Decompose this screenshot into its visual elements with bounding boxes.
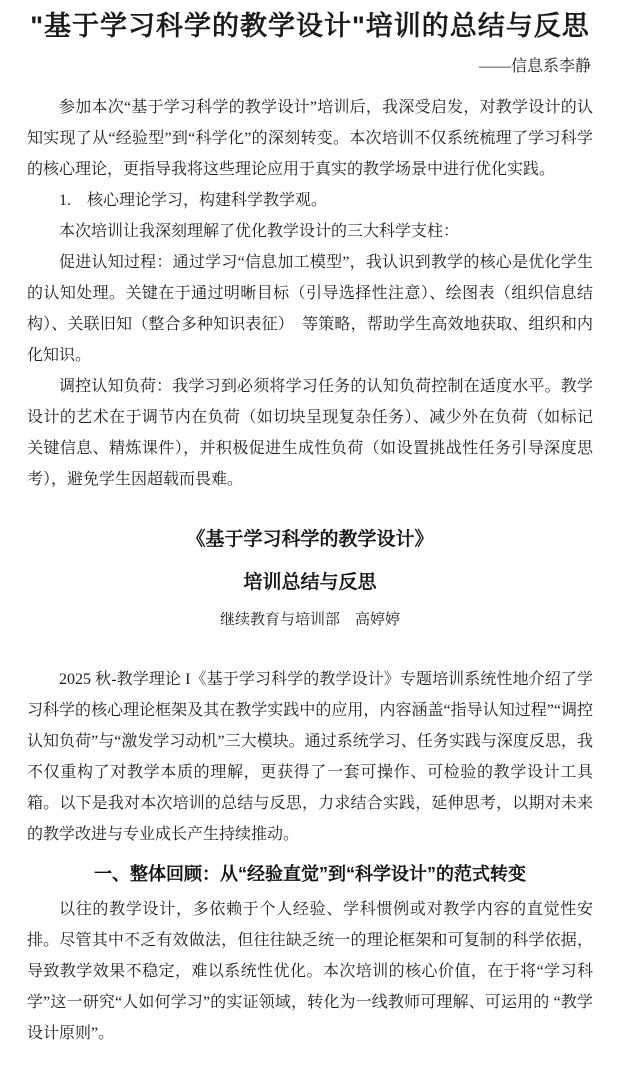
document-page: "基于学习科学的教学设计"培训的总结与反思 ——信息系李静 参加本次“基于学习科… xyxy=(0,0,619,1079)
document-part1: 参加本次“基于学习科学的教学设计”培训后，我深受启发，对教学设计的认知实现了从“… xyxy=(27,92,593,495)
section1-heading: 一、整体回顾：从“经验直觉”到“科学设计”的范式转变 xyxy=(27,859,593,889)
document-part2: 《基于学习科学的教学设计》 培训总结与反思 继续教育与培训部 高婷婷 2025 … xyxy=(27,526,593,1049)
document-title: "基于学习科学的教学设计"培训的总结与反思 xyxy=(27,6,593,46)
numbered-item-1: 1. 核心理论学习，构建科学教学观。 xyxy=(27,185,593,216)
paragraph-pillars-lead: 本次培训让我深刻理解了优化教学设计的三大科学支柱： xyxy=(27,216,593,247)
document-byline: ——信息系李静 xyxy=(27,55,593,79)
paragraph-intro: 参加本次“基于学习科学的教学设计”培训后，我深受启发，对教学设计的认知实现了从“… xyxy=(27,92,593,185)
paragraph-section1-body: 以往的教学设计，多依赖于个人经验、学科惯例或对教学内容的直觉性安排。尽管其中不乏… xyxy=(27,894,593,1049)
part2-title-line2: 培训总结与反思 xyxy=(27,570,593,596)
paragraph-cognitive-process: 促进认知过程：通过学习“信息加工模型”，我认识到教学的核心是优化学生的认知处理。… xyxy=(27,247,593,371)
part2-title-line1: 《基于学习科学的教学设计》 xyxy=(27,526,593,554)
part2-author-line: 继续教育与培训部 高婷婷 xyxy=(27,609,593,631)
paragraph-cognitive-load: 调控认知负荷：我学习到必须将学习任务的认知负荷控制在适度水平。教学设计的艺术在于… xyxy=(27,371,593,495)
paragraph-part2-intro: 2025 秋-教学理论 I《基于学习科学的教学设计》专题培训系统性地介绍了学习科… xyxy=(27,664,593,850)
